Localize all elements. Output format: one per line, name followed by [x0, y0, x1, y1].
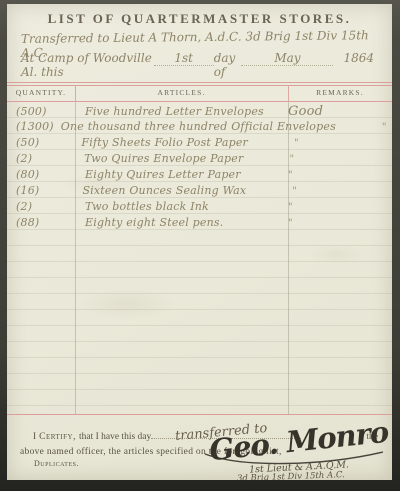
- place-date-line: At Camp of Woodville Al. this 1st day of…: [21, 51, 380, 68]
- column-header-remarks: REMARKS.: [288, 88, 392, 97]
- quantity-cell: (2): [7, 152, 77, 165]
- article-cell: Fifty Sheets Folio Post Paper: [74, 136, 248, 149]
- table-top-rule-outer: [7, 82, 392, 83]
- remark-cell: Good: [266, 104, 392, 119]
- quantity-cell: (500): [7, 105, 78, 118]
- quantity-cell: (1300): [7, 120, 54, 133]
- quantity-cell: (50): [7, 136, 74, 149]
- table-top-rule-inner: [7, 85, 392, 86]
- table-row: (1300) One thousand three hundred Offici…: [7, 120, 392, 136]
- certify-line1-rest: that I have this day: [79, 432, 151, 442]
- month-blank: May: [241, 51, 333, 66]
- table-row: (2) Two Quires Envelope Paper ": [7, 152, 392, 168]
- certification-block: I Certify, that I have this day the tran…: [7, 424, 392, 480]
- scan-background: { "document": { "title": "LIST OF QUARTE…: [0, 0, 400, 491]
- article-cell: Eighty Quires Letter Paper: [78, 168, 242, 181]
- remark-cell: ": [336, 122, 392, 133]
- remark-cell: ": [242, 170, 392, 181]
- certification-duplicates: Duplicates.: [34, 459, 79, 468]
- transfer-line: Transferred to Lieut A Thorn, A.d.C. 3d …: [21, 28, 380, 49]
- table-row: (88) Eighty eight Steel pens. ": [7, 216, 392, 232]
- quantity-cell: (88): [7, 216, 78, 229]
- article-cell: Two bottles black Ink: [78, 200, 242, 213]
- remark-cell: ": [248, 138, 392, 149]
- remark-cell: ": [246, 186, 392, 197]
- certify-word: Certify,: [39, 432, 76, 442]
- table-row: (500) Five hundred Letter Envelopes Good: [7, 104, 392, 120]
- document-paper: LIST OF QUARTERMASTER STORES. Transferre…: [7, 4, 392, 480]
- table-row: (16) Sixteen Ounces Sealing Wax ": [7, 184, 392, 200]
- table-row: (50) Fifty Sheets Folio Post Paper ": [7, 136, 392, 152]
- quantity-cell: (2): [7, 200, 78, 213]
- remark-cell: ": [242, 202, 392, 213]
- column-header-quantity: QUANTITY.: [7, 88, 75, 97]
- document-title: LIST OF QUARTERMASTER STORES.: [7, 11, 392, 27]
- table-row: (2) Two bottles black Ink ": [7, 200, 392, 216]
- article-cell: One thousand three hundred Official Enve…: [54, 120, 336, 133]
- stores-table: QUANTITY. ARTICLES. REMARKS. (500) Five …: [7, 82, 392, 415]
- article-cell: Sixteen Ounces Sealing Wax: [75, 184, 246, 197]
- table-row: (80) Eighty Quires Letter Paper ": [7, 168, 392, 184]
- column-header-articles: ARTICLES.: [75, 88, 288, 97]
- day-of-text: day of: [214, 51, 242, 79]
- remark-cell: ": [243, 154, 392, 165]
- article-cell: Two Quires Envelope Paper: [77, 152, 243, 165]
- table-rows: (500) Five hundred Letter Envelopes Good…: [7, 104, 392, 232]
- place-date-prefix: At Camp of Woodville Al. this: [21, 51, 154, 79]
- year-text: 1864: [343, 51, 374, 65]
- quantity-cell: (16): [7, 184, 75, 197]
- day-blank: 1st: [154, 51, 214, 66]
- remark-cell: ": [242, 218, 392, 229]
- certify-word-i: I: [33, 432, 36, 442]
- article-cell: Eighty eight Steel pens.: [78, 216, 242, 229]
- quantity-cell: (80): [7, 168, 78, 181]
- article-cell: Five hundred Letter Envelopes: [78, 105, 266, 118]
- table-bottom-rule: [7, 414, 392, 415]
